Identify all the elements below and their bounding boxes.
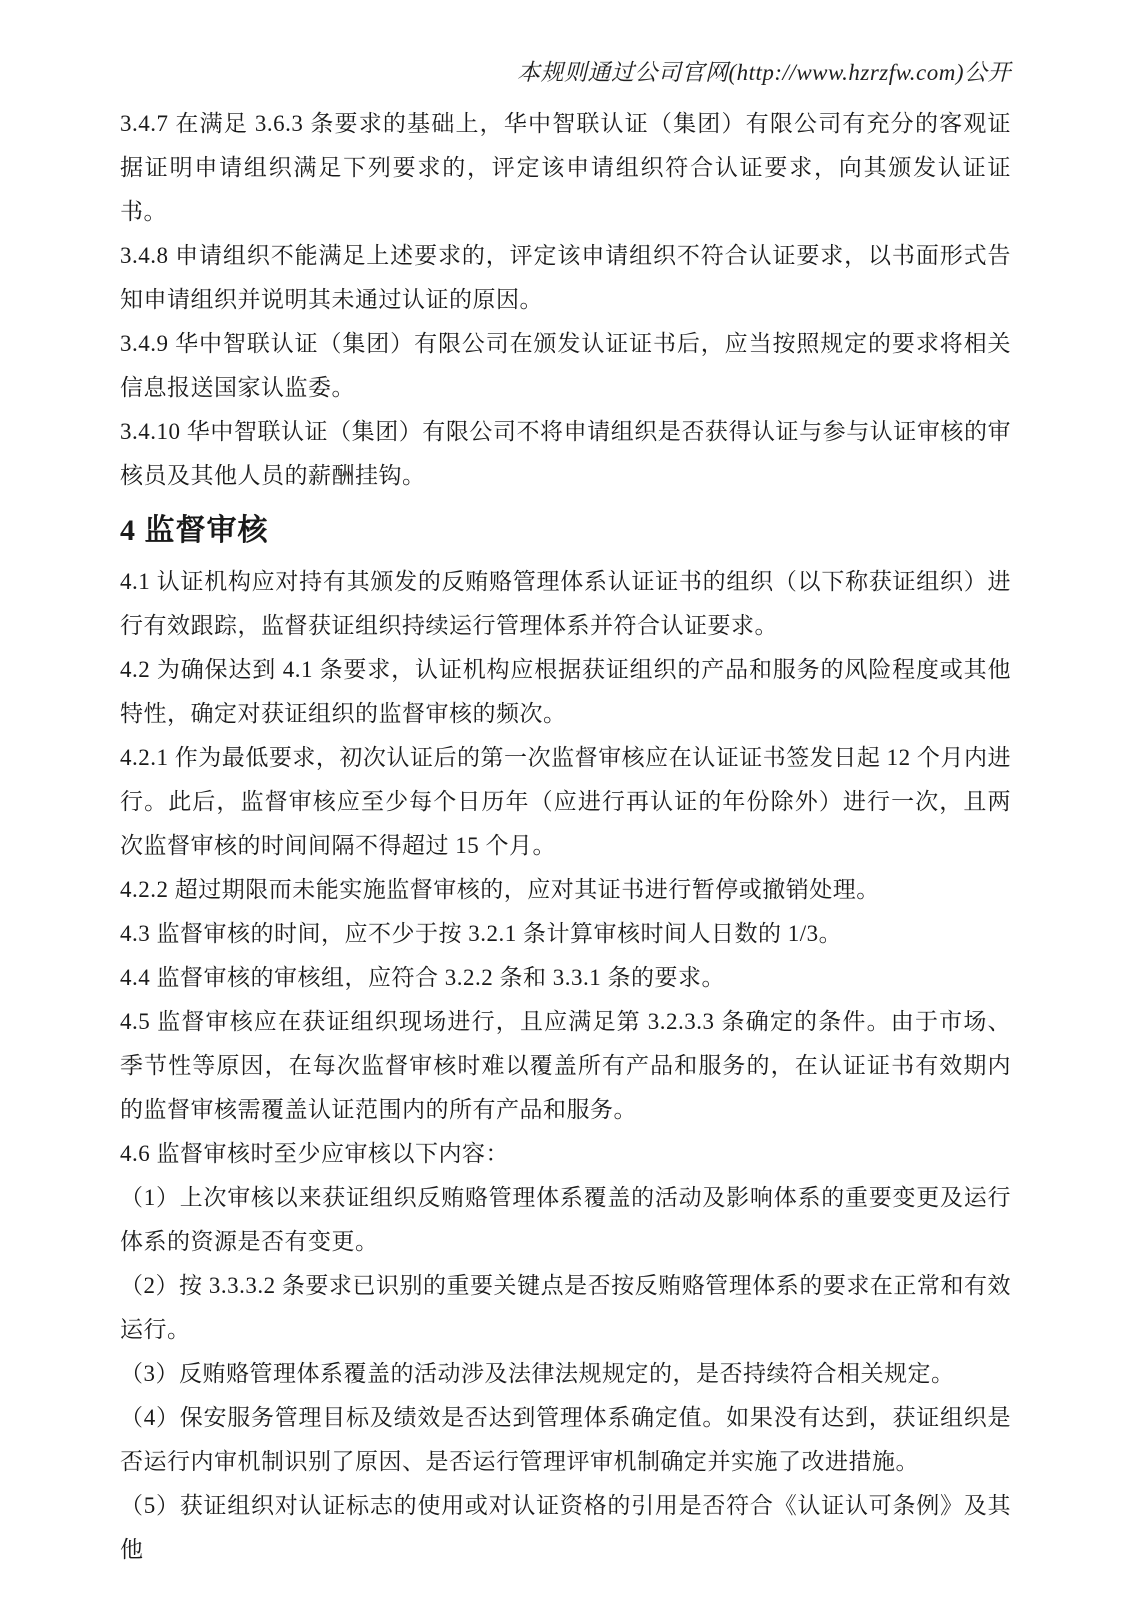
document-body: 3.4.7 在满足 3.6.3 条要求的基础上，华中智联认证（集团）有限公司有充… bbox=[120, 102, 1011, 1572]
paragraph-4-2-2: 4.2.2 超过期限而未能实施监督审核的，应对其证书进行暂停或撤销处理。 bbox=[120, 868, 1011, 912]
paragraph-4-2: 4.2 为确保达到 4.1 条要求，认证机构应根据获证组织的产品和服务的风险程度… bbox=[120, 648, 1011, 736]
paragraph-4-3: 4.3 监督审核的时间，应不少于按 3.2.1 条计算审核时间人日数的 1/3。 bbox=[120, 912, 1011, 956]
paragraph-4-1: 4.1 认证机构应对持有其颁发的反贿赂管理体系认证证书的组织（以下称获证组织）进… bbox=[120, 560, 1011, 648]
list-item-4: （4）保安服务管理目标及绩效是否达到管理体系确定值。如果没有达到，获证组织是否运… bbox=[120, 1396, 1011, 1484]
document-page: 本规则通过公司官网(http://www.hzrzfw.com)公开 3.4.7… bbox=[0, 0, 1131, 1600]
paragraph-3-4-8: 3.4.8 申请组织不能满足上述要求的，评定该申请组织不符合认证要求，以书面形式… bbox=[120, 234, 1011, 322]
paragraph-4-4: 4.4 监督审核的审核组，应符合 3.2.2 条和 3.3.1 条的要求。 bbox=[120, 956, 1011, 1000]
header-notice: 本规则通过公司官网(http://www.hzrzfw.com)公开 bbox=[517, 60, 1011, 85]
list-item-2: （2）按 3.3.3.2 条要求已识别的重要关键点是否按反贿赂管理体系的要求在正… bbox=[120, 1264, 1011, 1352]
paragraph-3-4-10: 3.4.10 华中智联认证（集团）有限公司不将申请组织是否获得认证与参与认证审核… bbox=[120, 410, 1011, 498]
section-heading-4: 4 监督审核 bbox=[120, 507, 1011, 555]
paragraph-3-4-9: 3.4.9 华中智联认证（集团）有限公司在颁发认证证书后，应当按照规定的要求将相… bbox=[120, 322, 1011, 410]
paragraph-4-6: 4.6 监督审核时至少应审核以下内容： bbox=[120, 1132, 1011, 1176]
paragraph-4-2-1: 4.2.1 作为最低要求，初次认证后的第一次监督审核应在认证证书签发日起 12 … bbox=[120, 736, 1011, 868]
list-item-1: （1）上次审核以来获证组织反贿赂管理体系覆盖的活动及影响体系的重要变更及运行体系… bbox=[120, 1176, 1011, 1264]
paragraph-3-4-7: 3.4.7 在满足 3.6.3 条要求的基础上，华中智联认证（集团）有限公司有充… bbox=[120, 102, 1011, 234]
paragraph-4-5: 4.5 监督审核应在获证组织现场进行，且应满足第 3.2.3.3 条确定的条件。… bbox=[120, 1000, 1011, 1132]
page-header: 本规则通过公司官网(http://www.hzrzfw.com)公开 bbox=[120, 50, 1011, 96]
list-item-3: （3）反贿赂管理体系覆盖的活动涉及法律法规规定的，是否持续符合相关规定。 bbox=[120, 1352, 1011, 1396]
list-item-5: （5）获证组织对认证标志的使用或对认证资格的引用是否符合《认证认可条例》及其他 bbox=[120, 1484, 1011, 1572]
